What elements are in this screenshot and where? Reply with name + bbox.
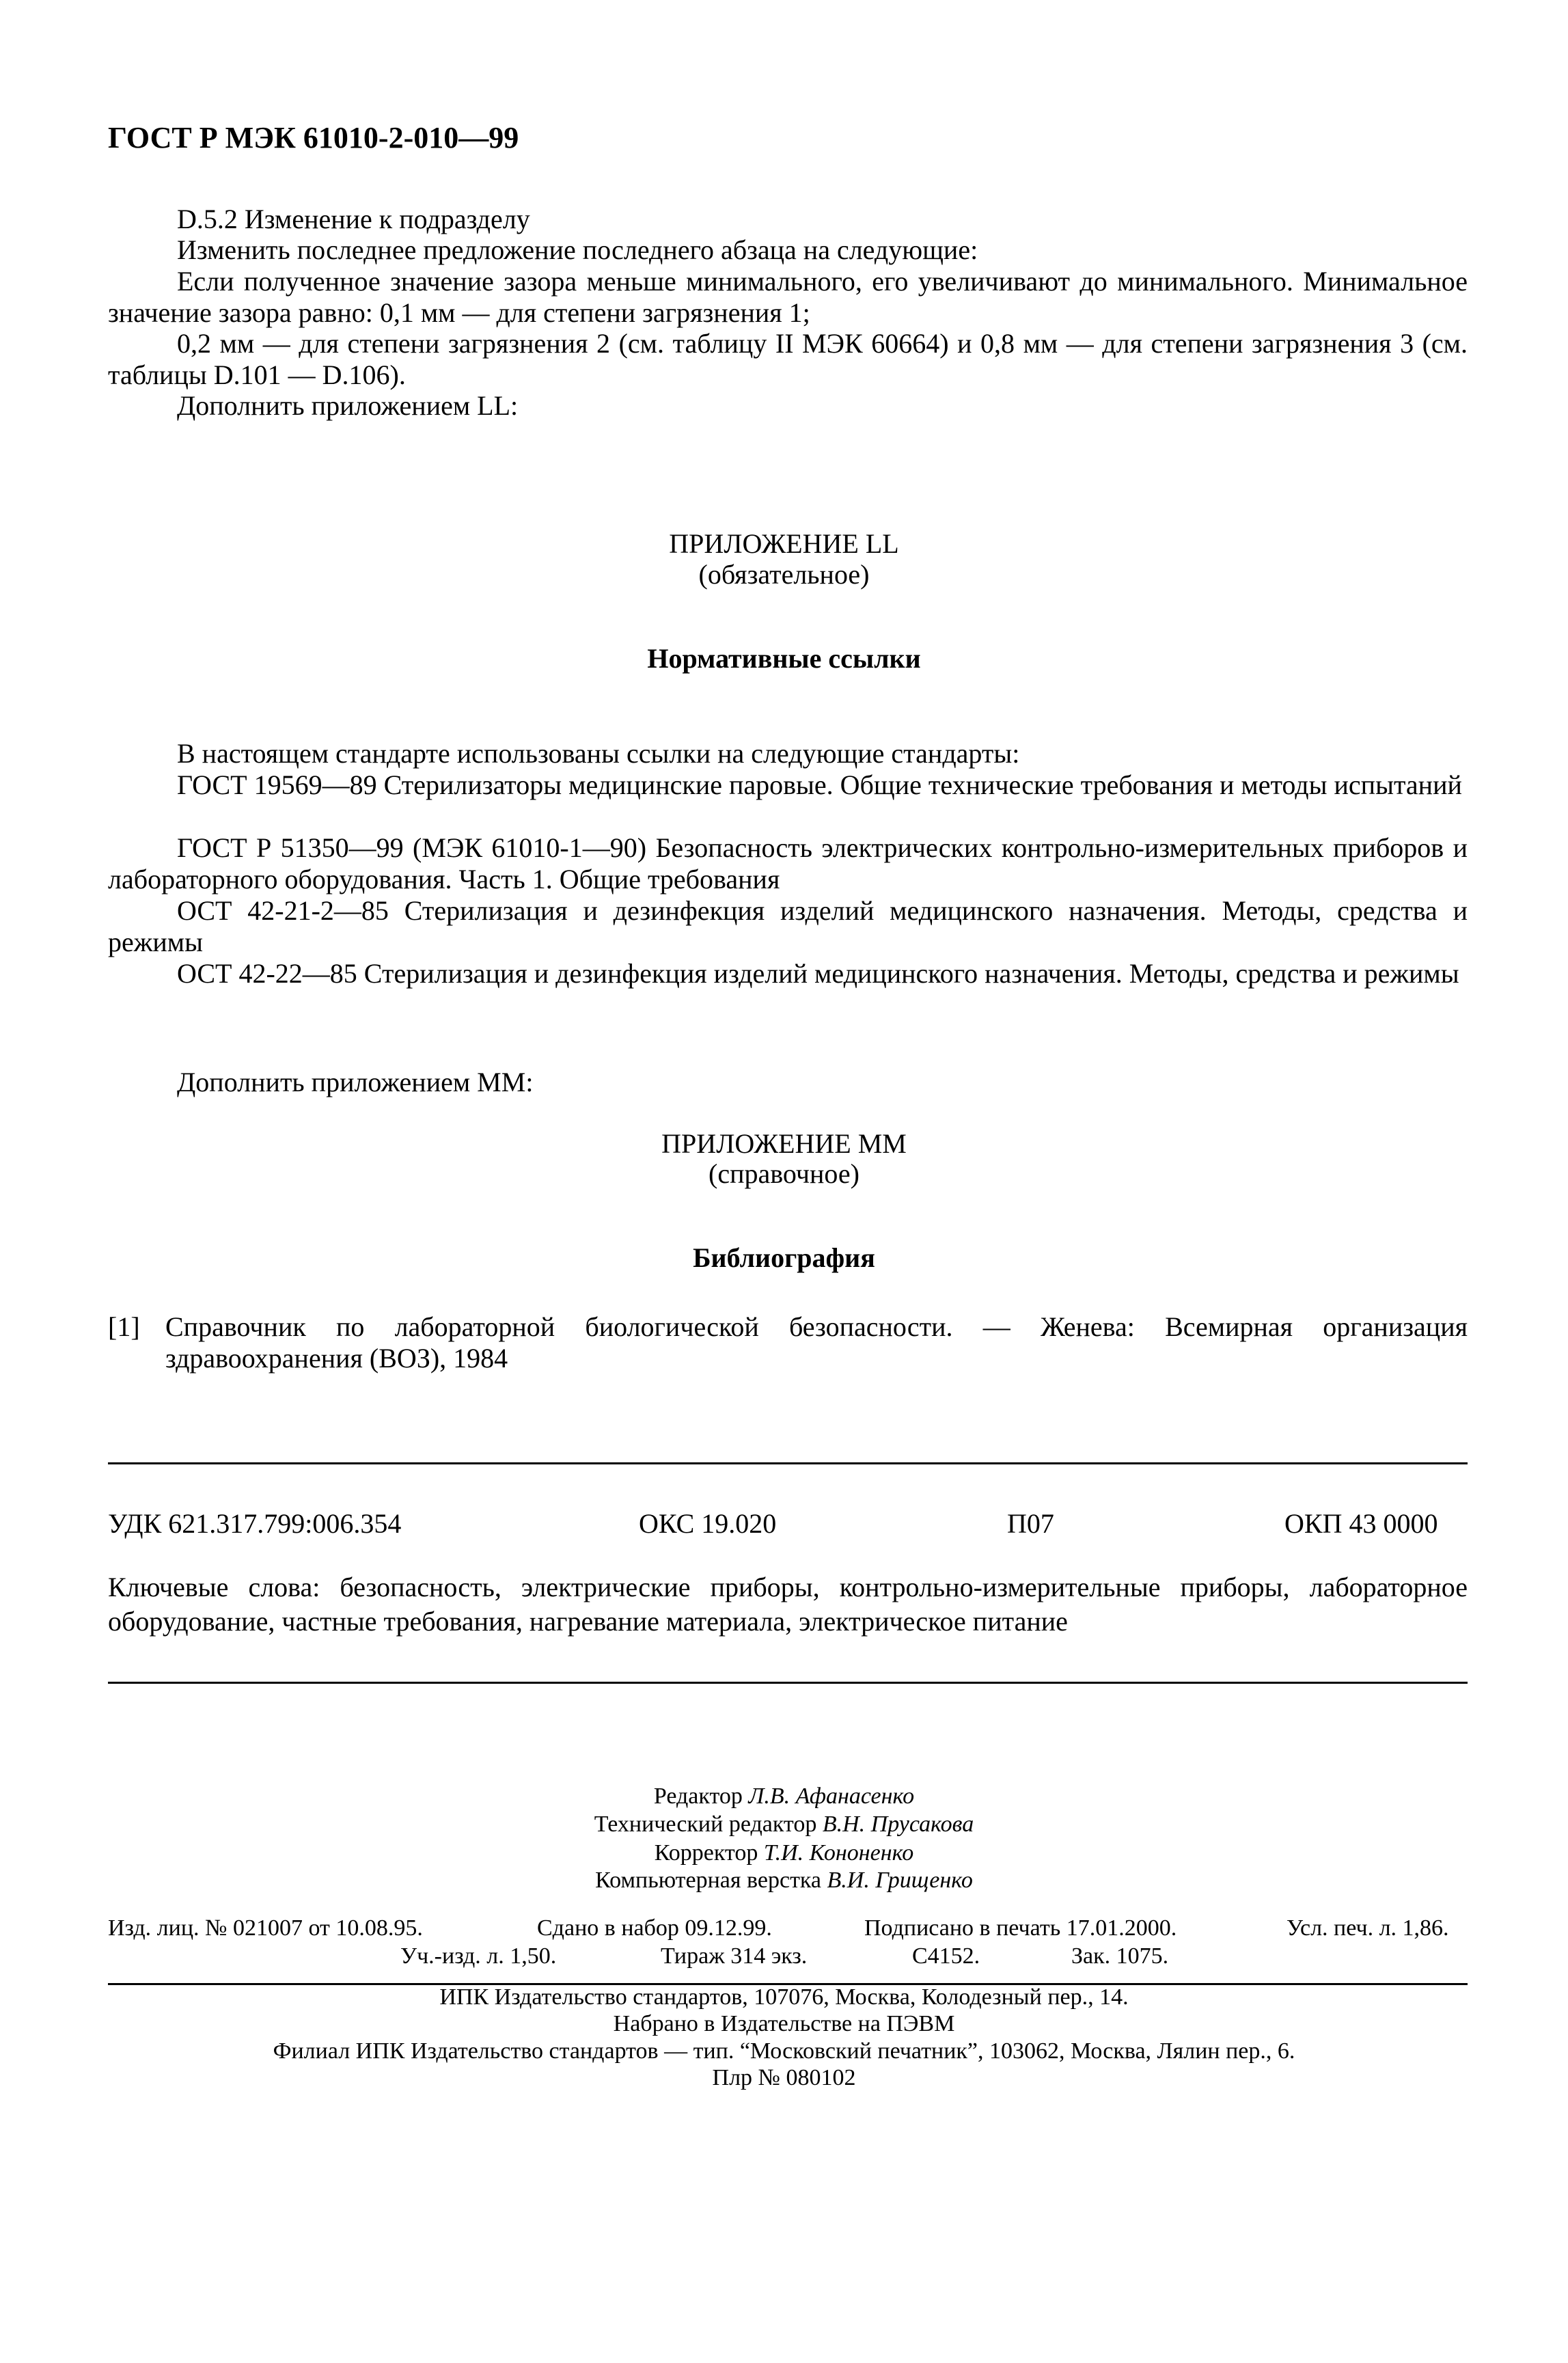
imprint-typeset: Сдано в набор 09.12.99. — [537, 1915, 772, 1942]
amendment-line: D.5.2 Изменение к подразделу — [108, 204, 1468, 235]
add-mm-line: Дополнить приложением ММ: — [108, 1067, 1468, 1098]
okp-code: ОКП 43 0000 — [1284, 1508, 1438, 1540]
appendix-ll-status: (обязательное) — [0, 559, 1568, 590]
credit-line: Компьютерная верстка В.И. Грищенко — [0, 1867, 1568, 1894]
publisher-line: Набрано в Издательстве на ПЭВМ — [0, 2010, 1568, 2038]
ref-item: ОСТ 42-21-2—85 Стерилизация и дезинфекци… — [108, 895, 1468, 958]
imprint-signed: Подписано в печать 17.01.2000. — [864, 1915, 1177, 1942]
amendment-line: 0,2 мм — для степени загрязнения 2 (см. … — [108, 328, 1468, 391]
publisher-line: ИПК Издательство стандартов, 107076, Мос… — [0, 1984, 1568, 2011]
amendment-line: Изменить последнее предложение последнег… — [108, 234, 1468, 266]
publisher-line: Плр № 080102 — [0, 2064, 1568, 2092]
appendix-ll-heading: Нормативные ссылки — [0, 643, 1568, 674]
appendix-mm-title: ПРИЛОЖЕНИЕ ММ — [0, 1128, 1568, 1160]
ref-item: ОСТ 42-22—85 Стерилизация и дезинфекция … — [108, 958, 1468, 989]
divider — [108, 1682, 1468, 1684]
credit-line: Технический редактор В.Н. Прусакова — [0, 1811, 1568, 1838]
imprint-publ-sheets: Уч.-изд. л. 1,50. — [400, 1943, 556, 1970]
keywords: Ключевые слова: безопасность, электричес… — [108, 1570, 1468, 1639]
udk-code: УДК 621.317.799:006.354 — [108, 1508, 401, 1540]
imprint-print-sheets: Усл. печ. л. 1,86. — [1287, 1915, 1449, 1942]
divider — [108, 1462, 1468, 1464]
appendix-ll-title: ПРИЛОЖЕНИЕ LL — [0, 528, 1568, 560]
imprint-code: С4152. — [912, 1943, 980, 1970]
ref-item: ГОСТ 19569—89 Стерилизаторы медицинские … — [108, 769, 1468, 801]
credit-line: Редактор Л.В. Афанасенко — [0, 1783, 1568, 1810]
imprint-license: Изд. лиц. № 021007 от 10.08.95. — [108, 1915, 423, 1942]
bib-entry: Справочник по лабораторной биологической… — [165, 1311, 1468, 1374]
ref-item: ГОСТ Р 51350—99 (МЭК 61010-1—90) Безопас… — [108, 832, 1468, 895]
credit-line: Корректор Т.И. Кононенко — [0, 1840, 1568, 1867]
bib-number: [1] — [108, 1311, 140, 1343]
publisher-line: Филиал ИПК Издательство стандартов — тип… — [0, 2038, 1568, 2065]
amendment-line: Если полученное значение зазора меньше м… — [108, 266, 1468, 329]
imprint-circulation: Тираж 314 экз. — [661, 1943, 807, 1970]
p-code: П07 — [1007, 1508, 1054, 1540]
refs-intro: В настоящем стандарте использованы ссылк… — [108, 738, 1468, 769]
oks-code: ОКС 19.020 — [639, 1508, 776, 1540]
appendix-mm-heading: Библиография — [0, 1242, 1568, 1274]
amendment-line: Дополнить приложением LL: — [108, 390, 1468, 422]
document-title: ГОСТ Р МЭК 61010-2-010—99 — [108, 120, 519, 155]
appendix-mm-status: (справочное) — [0, 1158, 1568, 1190]
imprint-order: Зак. 1075. — [1071, 1943, 1168, 1970]
